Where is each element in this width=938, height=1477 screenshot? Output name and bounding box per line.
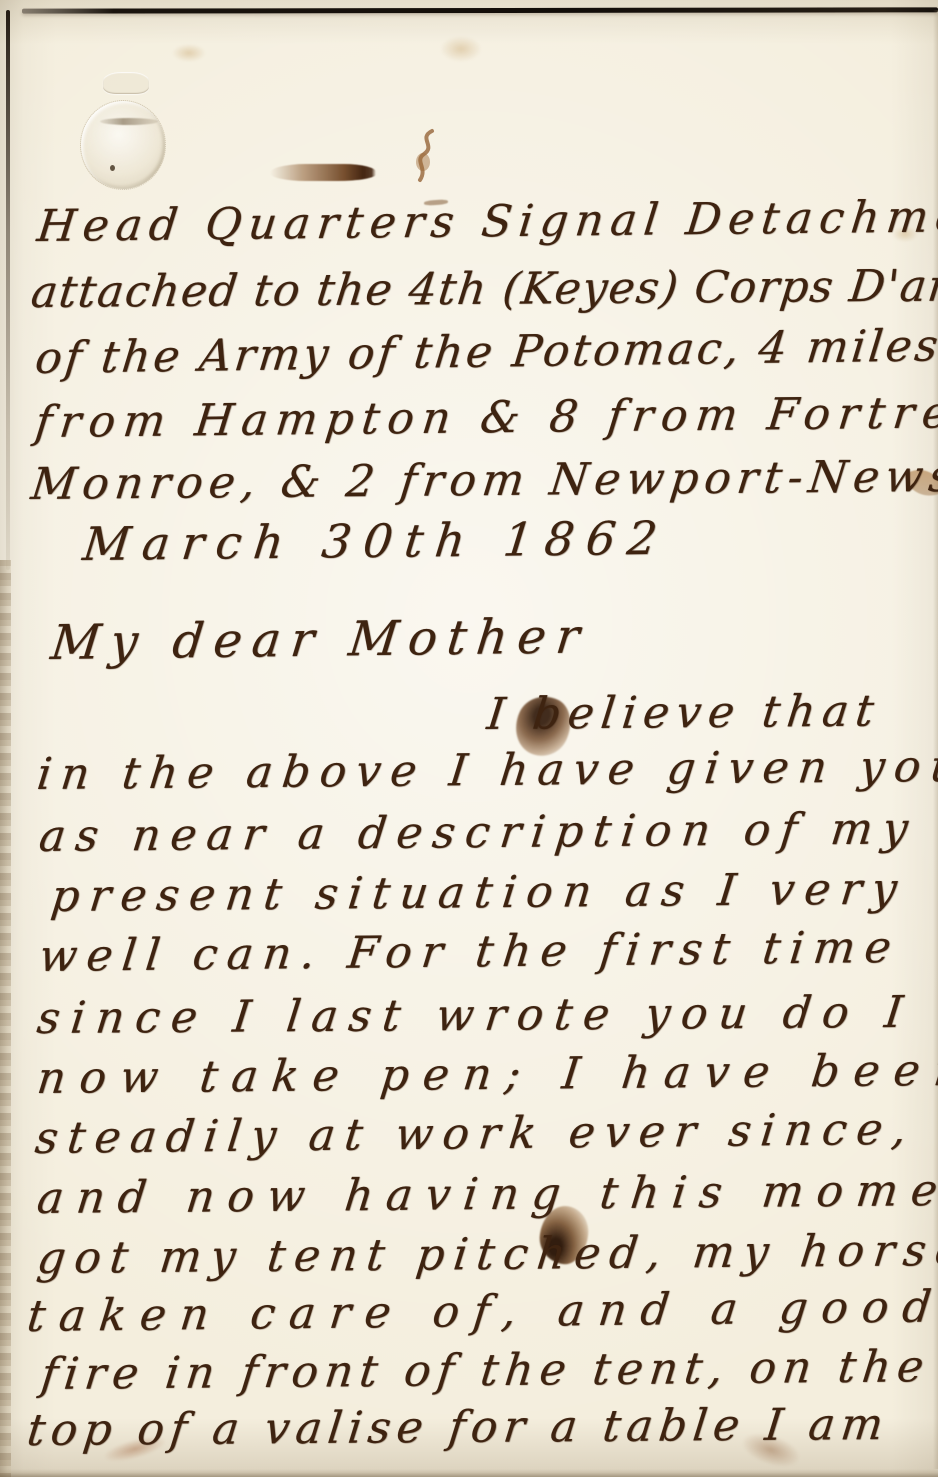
foxing-spot xyxy=(172,44,206,62)
salutation: My dear Mother xyxy=(48,611,591,668)
embossed-seal xyxy=(80,100,166,190)
scan-edge-bottom xyxy=(0,1469,938,1477)
body-line-4: present situation as I very xyxy=(49,867,909,921)
body-line-9: and now having this moment xyxy=(35,1167,938,1222)
body-line-5: well can. For the first time xyxy=(37,925,903,980)
body-line-6: since I last wrote you do I xyxy=(35,990,916,1042)
body-line-12: fire in front of the tent, on the xyxy=(39,1344,933,1398)
heading-line-1: Head Quarters Signal Detachment xyxy=(35,194,938,251)
scan-edge-left-upper xyxy=(6,10,10,570)
scan-edge-left-lower xyxy=(0,560,11,1477)
body-line-3: as near a description of my xyxy=(37,806,920,860)
heading-line-5: Monroe, & 2 from Newport-News. xyxy=(29,454,938,508)
body-line-2: in the above I have given you xyxy=(35,744,938,798)
heading-line-3: of the Army of the Potomac, 4 miles xyxy=(33,323,938,382)
scan-edge-top xyxy=(22,7,938,13)
letter-page: Head Quarters Signal Detachment attached… xyxy=(0,0,938,1477)
heading-line-4: from Hampton & 8 from Fortress xyxy=(33,390,938,446)
embossed-seal-dot xyxy=(110,165,115,171)
squiggle-stain xyxy=(408,128,442,184)
ink-smear xyxy=(270,164,376,181)
heading-line-2: attached to the 4th (Keyes) Corps D'arme… xyxy=(29,263,938,316)
foxing-spot xyxy=(440,36,482,62)
embossed-seal-shadow xyxy=(100,118,158,125)
date-line: March 30th 1862 xyxy=(81,514,672,568)
body-line-1: I believe that xyxy=(485,689,883,739)
body-line-8: steadily at work ever since, xyxy=(33,1107,918,1162)
body-line-13: top of a valise for a table I am xyxy=(25,1402,892,1454)
body-line-10: got my tent pitched, my horse xyxy=(35,1228,938,1282)
body-line-7: now take pen; I have been xyxy=(35,1048,938,1102)
body-line-11: taken care of, and a good xyxy=(25,1284,938,1340)
embossed-seal-crown xyxy=(103,72,149,94)
